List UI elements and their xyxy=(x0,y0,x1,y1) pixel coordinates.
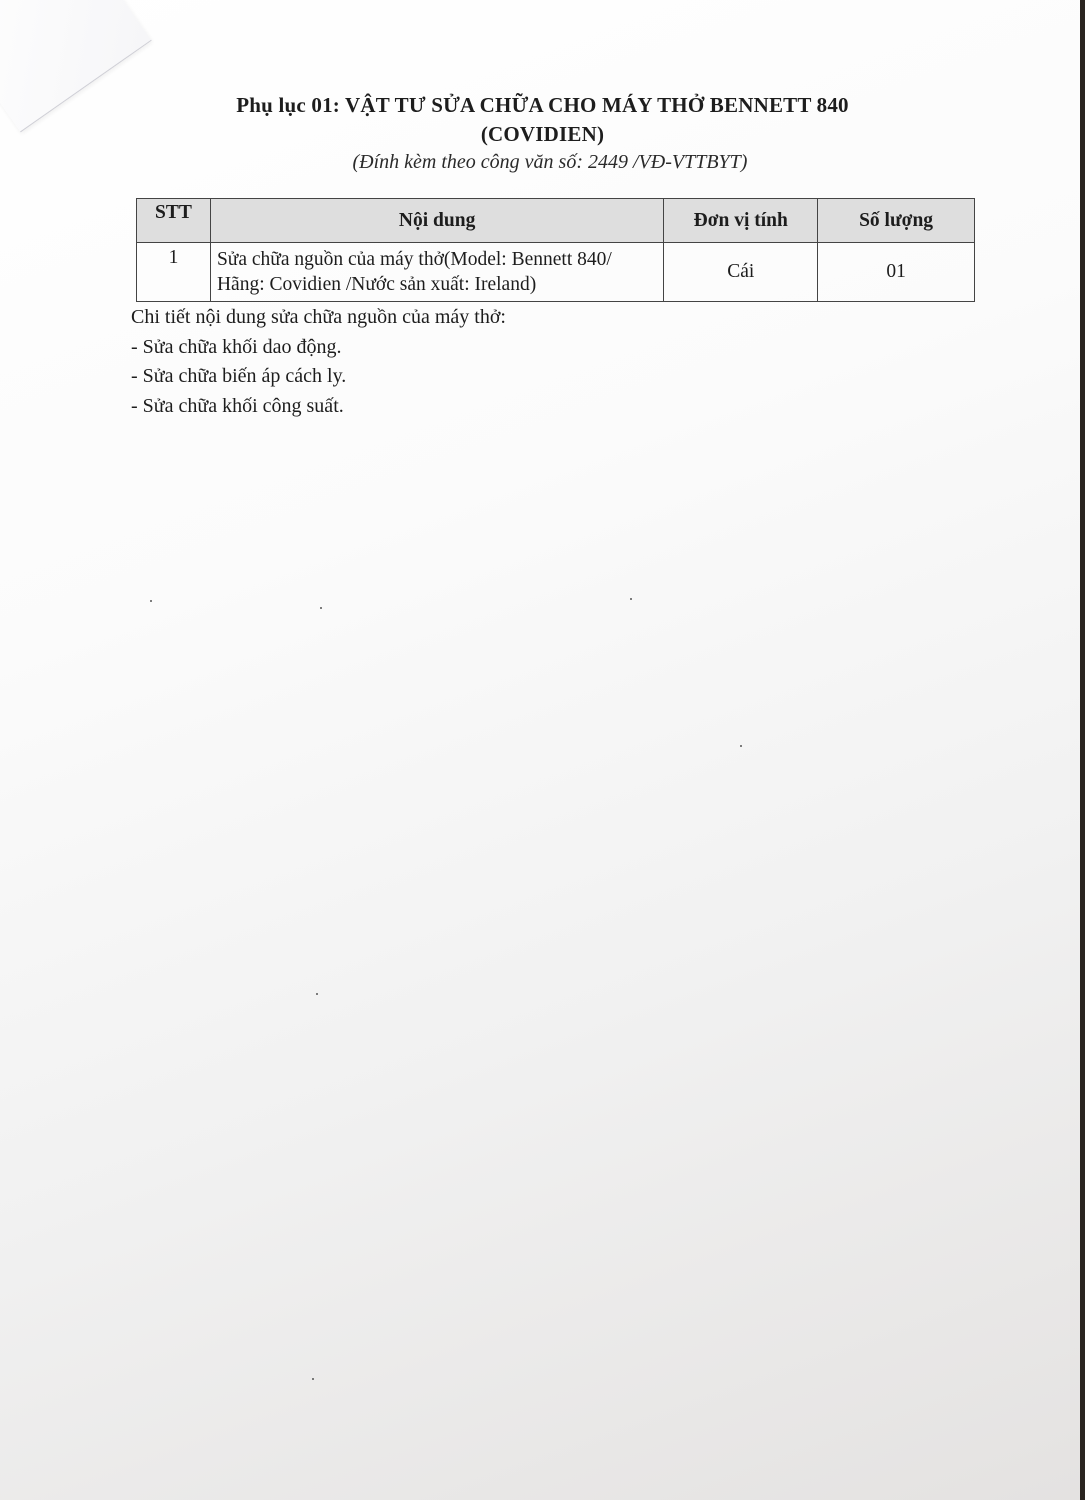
cell-quantity: 01 xyxy=(818,243,975,302)
repair-details: Chi tiết nội dung sửa chữa nguồn của máy… xyxy=(131,303,506,421)
paper-speck xyxy=(316,993,318,995)
document-page: Phụ lục 01: VẬT TƯ SỬA CHỮA CHO MÁY THỞ … xyxy=(0,0,1080,1500)
header-stt: STT xyxy=(137,199,211,243)
paper-speck xyxy=(312,1378,314,1380)
table-header-row: STT Nội dung Đơn vị tính Số lượng xyxy=(137,199,975,243)
cell-content: Sửa chữa nguồn của máy thở(Model: Bennet… xyxy=(210,243,663,302)
paper-speck xyxy=(740,745,742,747)
details-item: - Sửa chữa khối dao động. xyxy=(131,333,506,363)
paper-speck xyxy=(150,600,152,602)
items-table: STT Nội dung Đơn vị tính Số lượng 1 Sửa … xyxy=(136,198,975,302)
cell-stt: 1 xyxy=(137,243,211,302)
document-title-line2: (COVIDIEN) xyxy=(0,122,1085,147)
details-item: - Sửa chữa biến áp cách ly. xyxy=(131,362,506,392)
paper-speck xyxy=(630,598,632,600)
table-row: 1 Sửa chữa nguồn của máy thở(Model: Benn… xyxy=(137,243,975,302)
details-item: - Sửa chữa khối công suất. xyxy=(131,392,506,422)
paper-speck xyxy=(320,607,322,609)
header-content: Nội dung xyxy=(210,199,663,243)
header-unit: Đơn vị tính xyxy=(664,199,818,243)
document-subtitle: (Đính kèm theo công văn số: 2449 /VĐ-VTT… xyxy=(0,151,1085,174)
cell-unit: Cái xyxy=(664,243,818,302)
details-heading: Chi tiết nội dung sửa chữa nguồn của máy… xyxy=(131,303,506,333)
document-title: Phụ lục 01: VẬT TƯ SỬA CHỮA CHO MÁY THỞ … xyxy=(0,93,1085,118)
header-quantity: Số lượng xyxy=(818,199,975,243)
